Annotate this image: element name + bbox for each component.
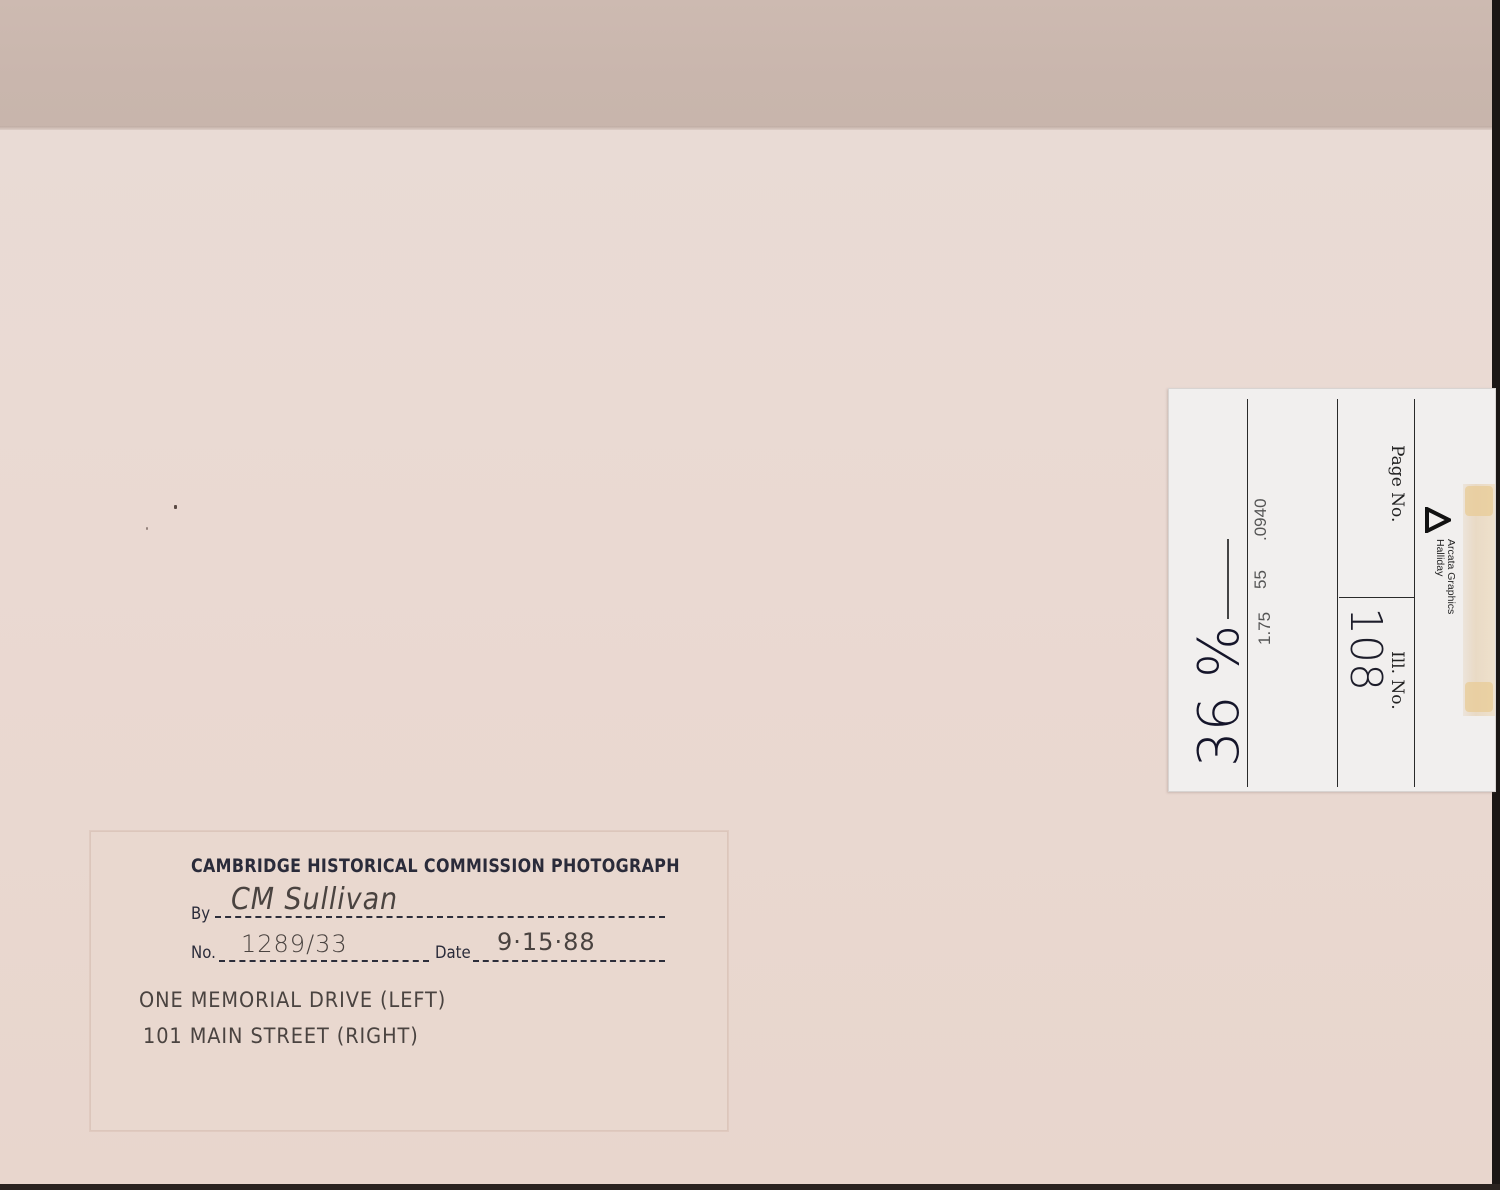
company-name: Arcata Graphics bbox=[1445, 539, 1457, 614]
company-sub-name: Halliday bbox=[1434, 539, 1446, 576]
dust-speck bbox=[146, 527, 148, 530]
dust-speck bbox=[174, 505, 177, 509]
label-divider bbox=[1339, 597, 1415, 598]
note-line-2: 101 MAIN STREET (RIGHT) bbox=[143, 1024, 419, 1048]
page-no-label: Page No. bbox=[1387, 445, 1407, 522]
number-label: No. bbox=[191, 943, 216, 963]
scale-calc-bottom: .0940 bbox=[1251, 498, 1271, 541]
by-label: By bbox=[191, 904, 210, 924]
scan-bottom-border bbox=[0, 1184, 1500, 1190]
date-rule bbox=[473, 960, 665, 962]
label-rule bbox=[1337, 399, 1338, 787]
photographer-name: CM Sullivan bbox=[231, 882, 398, 917]
triangle-logo-icon bbox=[1425, 507, 1451, 533]
division-bar bbox=[1227, 539, 1229, 619]
label-rule bbox=[1414, 399, 1415, 787]
scale-calc-top: 1.75 bbox=[1255, 612, 1275, 645]
photo-top-shade-band bbox=[0, 0, 1500, 128]
photo-date: 9·15·88 bbox=[497, 928, 596, 956]
scale-calc-divider: 55 bbox=[1251, 570, 1271, 589]
photo-number: 1289/33 bbox=[241, 930, 348, 958]
note-line-1: ONE MEMORIAL DRIVE (LEFT) bbox=[139, 988, 446, 1012]
commission-photo-label: CAMBRIDGE HISTORICAL COMMISSION PHOTOGRA… bbox=[90, 831, 728, 1131]
number-rule bbox=[219, 960, 429, 962]
adhesive-tape bbox=[1463, 484, 1495, 716]
printer-label: Arcata Graphics Halliday Page No. Ill. N… bbox=[1168, 388, 1496, 792]
date-label: Date bbox=[435, 943, 471, 963]
scale-percent: 36 % bbox=[1187, 625, 1252, 767]
ill-no-value: 108 bbox=[1340, 607, 1391, 691]
label-title: CAMBRIDGE HISTORICAL COMMISSION PHOTOGRA… bbox=[191, 856, 680, 877]
